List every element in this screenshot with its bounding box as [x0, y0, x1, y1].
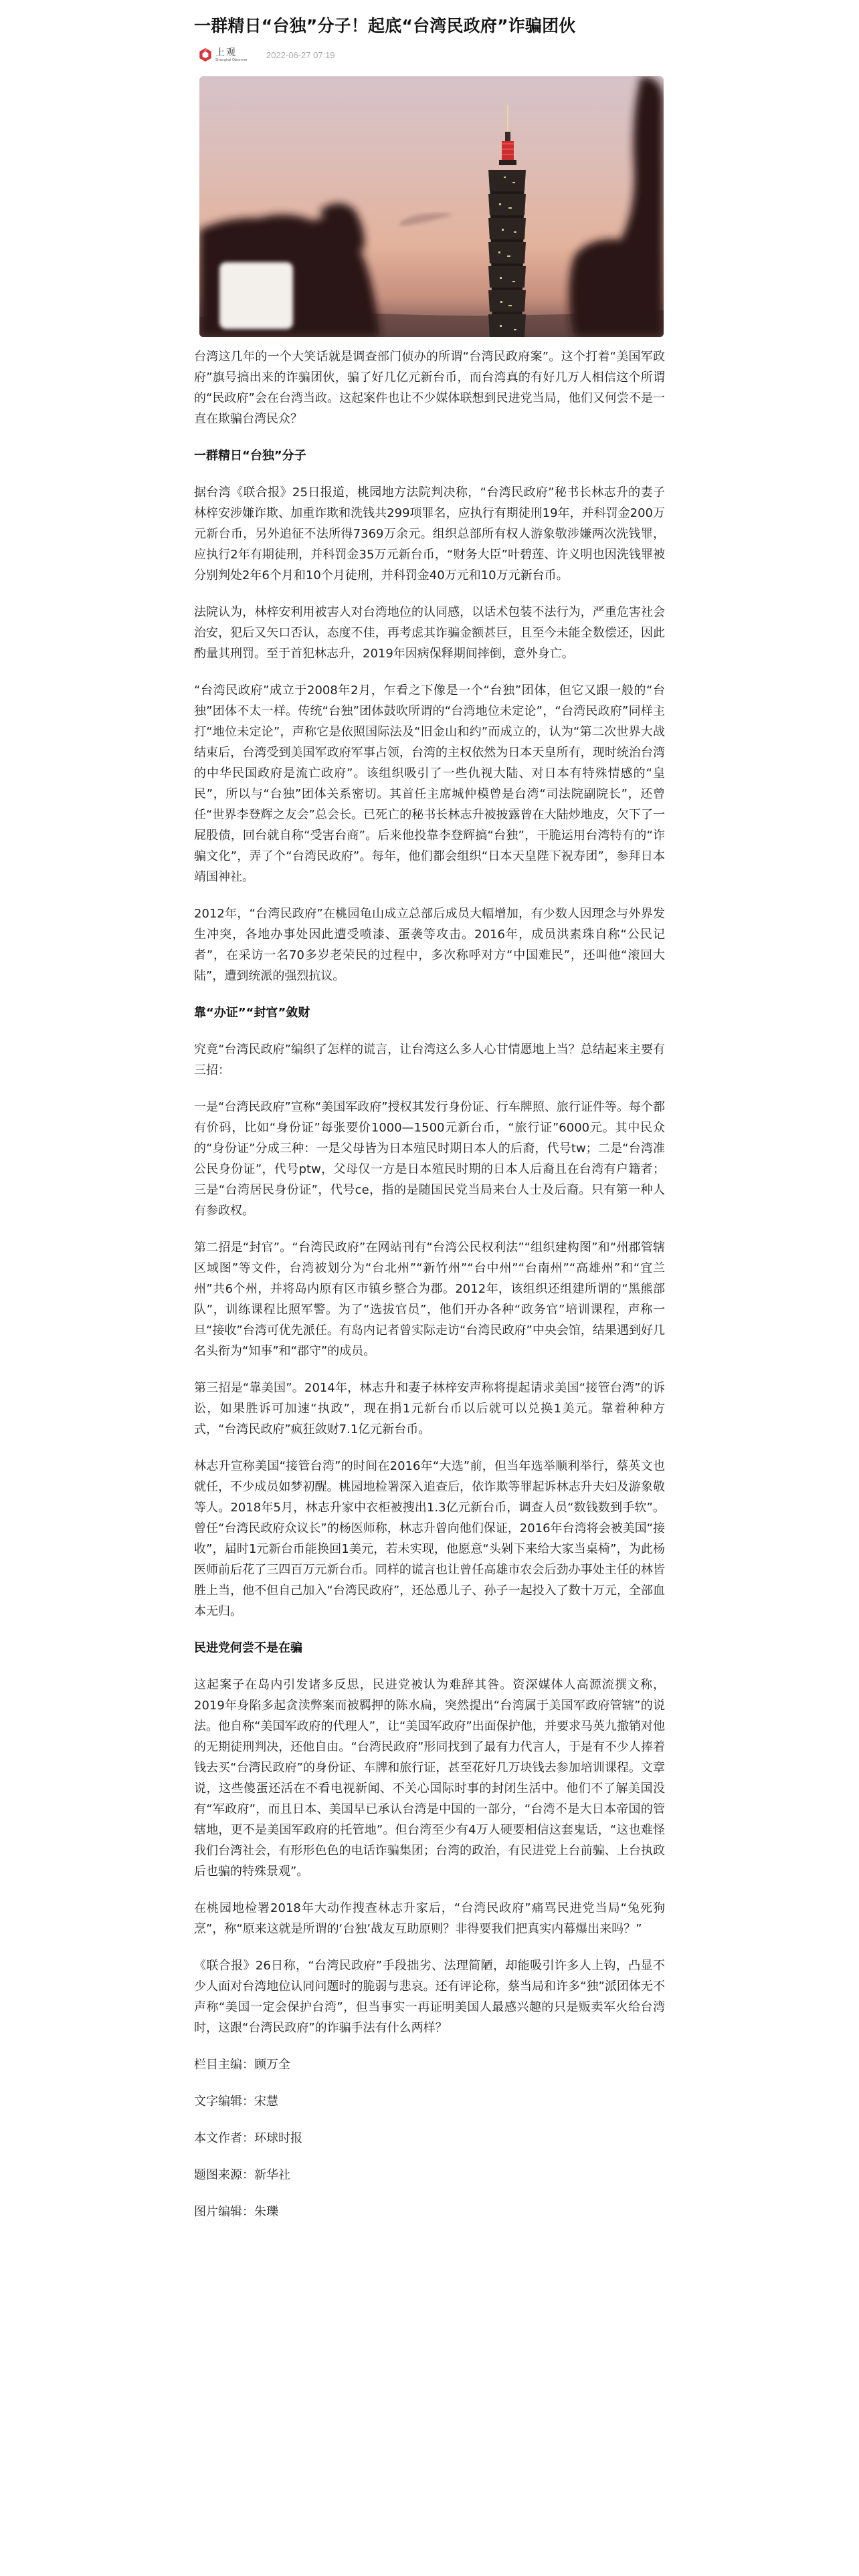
article-credits: 栏目主编：顾万全 文字编辑：宋慧 本文作者：环球时报 题图来源：新华社 图片编辑…: [194, 2054, 665, 2222]
paragraph: 2012年，“台湾民政府”在桃园龟山成立总部后成员大幅增加，有少数人因理念与外界…: [194, 903, 665, 986]
section-heading: 民进党何尝不是在骗: [194, 1638, 665, 1658]
credit-column-editor: 栏目主编：顾万全: [194, 2054, 665, 2075]
hero-photo-illustration: [199, 76, 664, 337]
credit-text-editor: 文字编辑：宋慧: [194, 2091, 665, 2112]
source-logo[interactable]: 上观 Shanghai Observer: [198, 44, 253, 66]
paragraph: 法院认为，林梓安利用被害人对台湾地位的认同感，以话术包装不法行为，严重危害社会治…: [194, 602, 665, 664]
paragraph: 究竟“台湾民政府”编织了怎样的谎言，让台湾这么多人心甘情愿地上当？总结起来主要有…: [194, 1039, 665, 1081]
paragraph: 《联合报》26日称，“台湾民政府”手段拙劣、法理简陋，却能吸引许多人上钩，凸显不…: [194, 1955, 665, 2038]
section-heading: 靠“办证”“封官”敛财: [194, 1002, 665, 1023]
paragraph: 在桃园地检署2018年大动作搜查林志升家后，“台湾民政府”痛骂民进党当局“兔死狗…: [194, 1898, 665, 1939]
paragraph: 一是“台湾民政府”宣称“美国军政府”授权其发行身份证、行车牌照、旅行证件等。每个…: [194, 1097, 665, 1221]
paragraph: 台湾这几年的一个大笑话就是调查部门侦办的所谓“台湾民政府案”。这个打着“美国军政…: [194, 346, 665, 429]
credit-author: 本文作者：环球时报: [194, 2128, 665, 2149]
logo-cn-text: 上观: [215, 48, 248, 58]
paragraph: 据台湾《联合报》25日报道，桃园地方法院判决称，“台湾民政府”秘书长林志升的妻子…: [194, 482, 665, 586]
paragraph: 林志升宣称美国“接管台湾”的时间在2016年“大选”前，但当年选举顺利举行，蔡英…: [194, 1456, 665, 1622]
article-meta: 上观 Shanghai Observer 2022-06-27 07:19: [194, 43, 665, 67]
credit-image-editor: 图片编辑：朱瓅: [194, 2202, 665, 2222]
hero-image: [199, 76, 664, 337]
credit-image-source: 题图来源：新华社: [194, 2165, 665, 2185]
section-heading: 一群精日“台独”分子: [194, 445, 665, 466]
shanghai-observer-logo-icon: [198, 47, 213, 62]
article: 一群精日“台独”分子！起底“台湾民政府”诈骗团伙 上观 Shanghai Obs…: [194, 0, 665, 2222]
paragraph: “台湾民政府”成立于2008年2月，乍看之下像是一个“台独”团体，但它又跟一般的…: [194, 680, 665, 887]
article-body: 台湾这几年的一个大笑话就是调查部门侦办的所谓“台湾民政府案”。这个打着“美国军政…: [194, 346, 665, 2038]
publish-date: 2022-06-27 07:19: [266, 50, 335, 60]
paragraph: 第二招是“封官”。“台湾民政府”在网站刊有“台湾公民权利法”“组织建构图”和“州…: [194, 1237, 665, 1362]
logo-en-text: Shanghai Observer: [215, 59, 248, 62]
paragraph: 这起案子在岛内引发诸多反思，民进党被认为难辞其咎。资深媒体人高源流撰文称，201…: [194, 1675, 665, 1882]
article-title: 一群精日“台独”分子！起底“台湾民政府”诈骗团伙: [194, 15, 665, 37]
paragraph: 第三招是“靠美国”。2014年，林志升和妻子林梓安声称将提起请求美国“接管台湾”…: [194, 1378, 665, 1440]
